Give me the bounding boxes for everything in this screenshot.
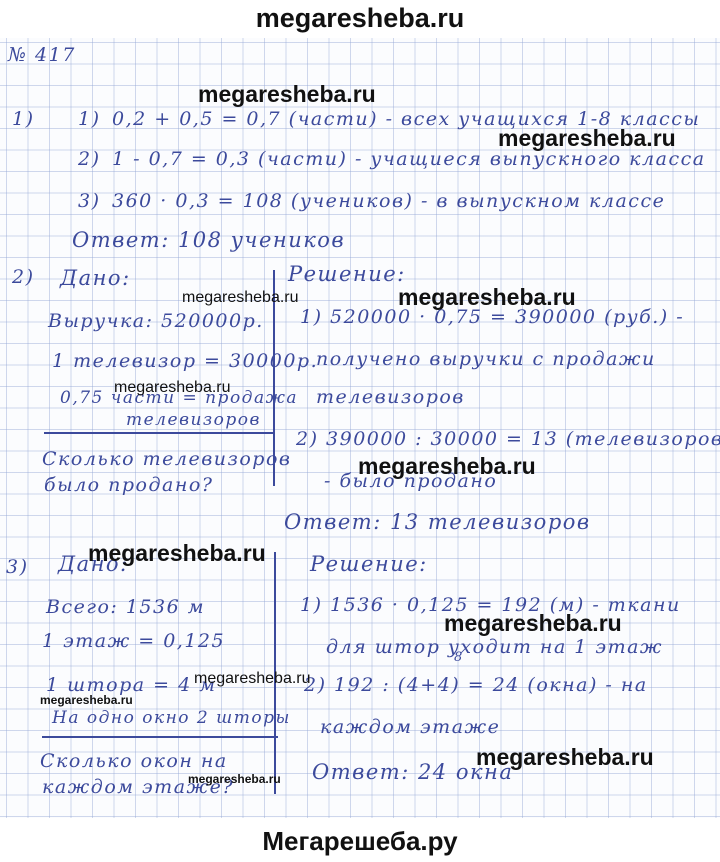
part1-step2-num: 2) [78, 148, 101, 170]
part3-superscript-note: 8 [454, 650, 464, 665]
watermark: megaresheba.ru [444, 610, 622, 637]
part2-given-tv-price: 1 телевизор = 30000р. [52, 350, 318, 372]
part2-solution-step1-cont: получено выручки с продажи [316, 348, 656, 370]
part2-question-line2: было продано? [44, 474, 214, 496]
part3-solution-step1-cont: для штор уходит на 1 этаж [326, 636, 663, 658]
part3-given-per-window: На одно окно 2 шторы [52, 708, 291, 728]
watermark: megaresheba.ru [114, 379, 231, 397]
part3-label: 3) [6, 556, 29, 578]
part2-solution-title: Решение: [288, 262, 406, 286]
part3-solution-step2: 2) 192 : (4+4) = 24 (окна) - на [304, 674, 648, 696]
site-footer[interactable]: Мегарешеба.ру [0, 818, 720, 862]
part1-step3-num: 3) [78, 190, 101, 212]
given-divider [44, 432, 274, 434]
watermark: megaresheba.ru [398, 284, 576, 311]
problem-number: № 417 [8, 44, 76, 66]
watermark: megaresheba.ru [40, 693, 133, 707]
given-divider [42, 736, 278, 738]
part3-solution-title: Решение: [310, 552, 428, 576]
part3-question-line1: Сколько окон на [40, 750, 228, 772]
site-header[interactable]: megaresheba.ru [0, 0, 720, 38]
watermark: megaresheba.ru [194, 670, 311, 688]
part2-question-line1: Сколько телевизоров [42, 448, 291, 470]
part2-label: 2) [12, 266, 35, 288]
watermark: megaresheba.ru [198, 81, 376, 108]
part2-given-title: Дано: [60, 266, 131, 290]
watermark: megaresheba.ru [182, 289, 299, 307]
part1-answer: Ответ: 108 учеников [72, 228, 345, 252]
part2-solution-step1-cont2: телевизоров [316, 386, 465, 408]
part1-step1-num: 1) [78, 108, 101, 130]
watermark: megaresheba.ru [476, 744, 654, 771]
part1-label: 1) [12, 108, 35, 130]
watermark: megaresheba.ru [358, 453, 536, 480]
watermark: megaresheba.ru [498, 125, 676, 152]
watermark: megaresheba.ru [188, 772, 281, 786]
part1-step3: 360 · 0,3 = 108 (учеников) - в выпускном… [112, 190, 665, 212]
part3-given-floor: 1 этаж = 0,125 [42, 630, 225, 652]
part2-solution-step2: 2) 390000 : 30000 = 13 (телевизоров) - [296, 428, 720, 450]
part2-answer: Ответ: 13 телевизоров [284, 510, 591, 534]
part2-given-share-cont: телевизоров [126, 410, 261, 430]
part2-given-revenue: Выручка: 520000р. [48, 310, 264, 332]
part3-solution-step2-cont: каждом этаже [320, 716, 500, 738]
watermark: megaresheba.ru [88, 540, 266, 567]
part3-given-total: Всего: 1536 м [46, 596, 205, 618]
